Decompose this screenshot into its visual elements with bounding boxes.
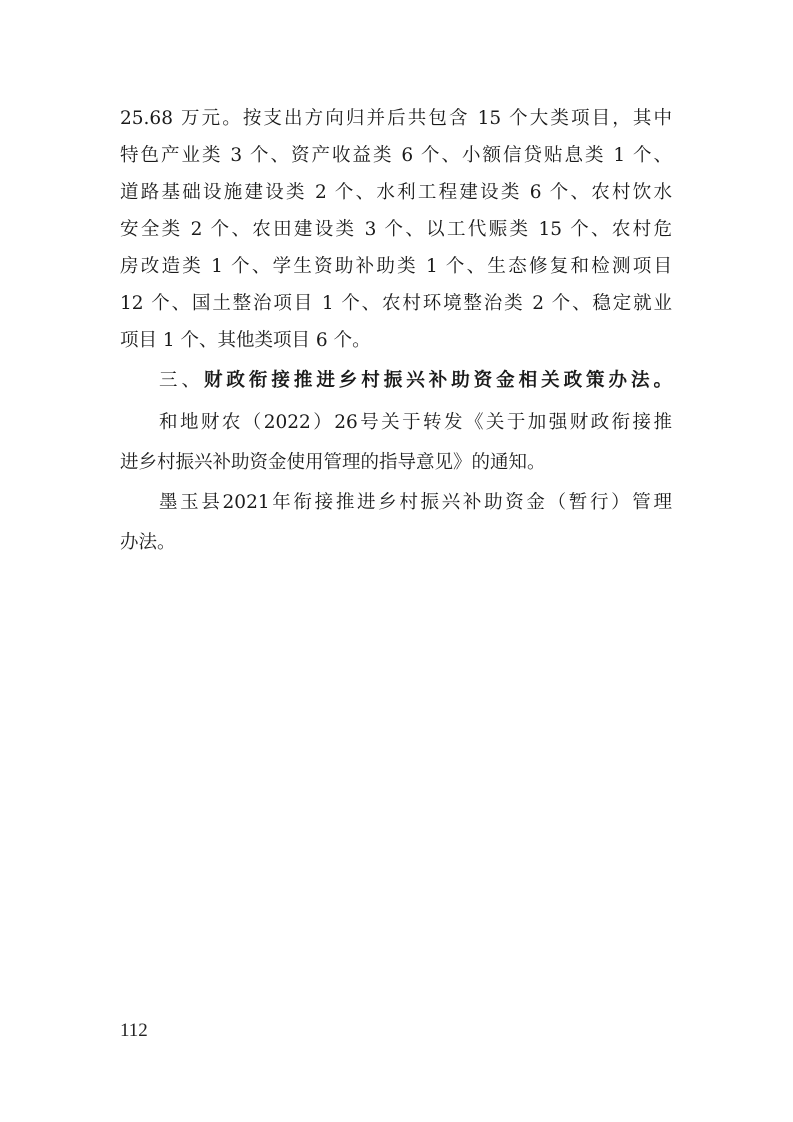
paragraph1-line-1: 25.68 万元。按支出方向归并后共包含 15 个大类项目，其中: [120, 108, 672, 130]
paragraph3-line-1: 墨玉县2021年衔接推进乡村振兴补助资金（暂行）管理: [159, 492, 672, 514]
section-heading: 三、财政衔接推进乡村振兴补助资金相关政策办法。: [159, 370, 672, 392]
section-number: 三、: [159, 370, 204, 391]
paragraph1-line-5: 房改造类 1 个、学生资助补助类 1 个、生态修复和检测项目: [120, 256, 672, 278]
paragraph2-line-1: 和地财农（2022）26号关于转发《关于加强财政衔接推: [159, 412, 672, 434]
document-page: 25.68 万元。按支出方向归并后共包含 15 个大类项目，其中 特色产业类 3…: [0, 0, 793, 1122]
paragraph1-line-2: 特色产业类 3 个、资产收益类 6 个、小额信贷贴息类 1 个、: [120, 145, 672, 167]
paragraph1-line-4: 安全类 2 个、农田建设类 3 个、以工代赈类 15 个、农村危: [120, 219, 672, 241]
paragraph1-line-3: 道路基础设施建设类 2 个、水利工程建设类 6 个、农村饮水: [120, 182, 672, 204]
paragraph2-line-2: 进乡村振兴补助资金使用管理的指导意见》的通知。: [120, 452, 672, 474]
paragraph1-line-7: 项目 1 个、其他类项目 6 个。: [120, 330, 672, 352]
section-title: 财政衔接推进乡村振兴补助资金相关政策办法。: [204, 370, 672, 391]
paragraph1-line-6: 12 个、国土整治项目 1 个、农村环境整治类 2 个、稳定就业: [120, 293, 672, 315]
paragraph3-line-2: 办法。: [120, 532, 672, 554]
page-number: 112: [120, 1020, 148, 1042]
